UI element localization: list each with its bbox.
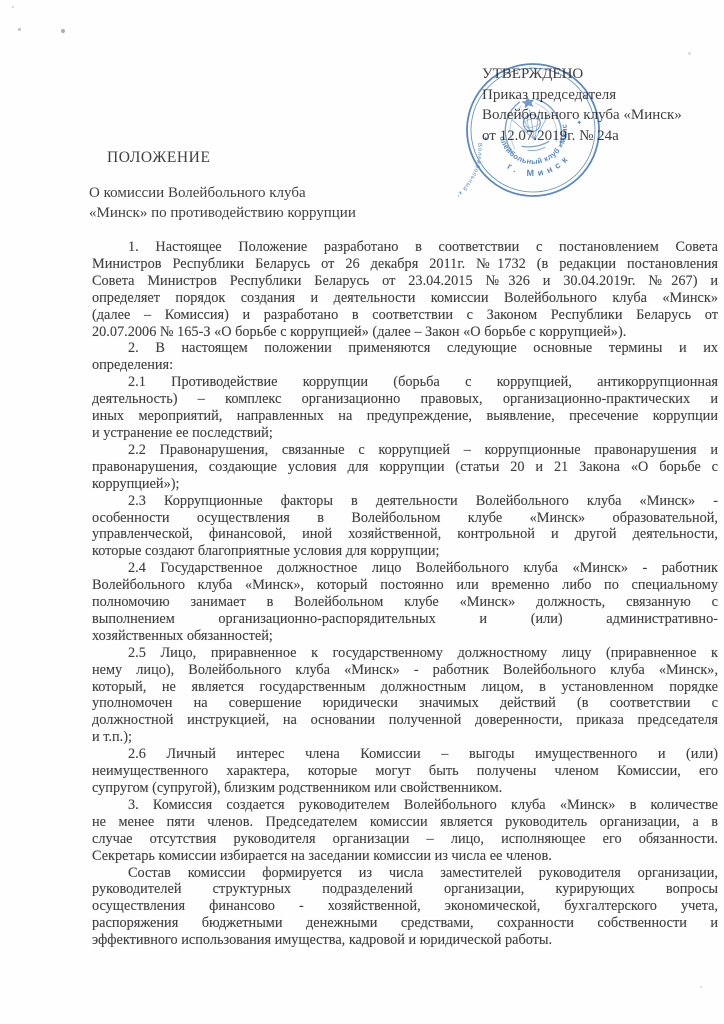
body-paragraph: 2.2 Правонарушения, связанные с коррупци…	[92, 442, 718, 493]
subtitle-line: О комиссии Волейбольного клуба	[89, 183, 356, 203]
body-line: хозяйственных обязанностей;	[92, 628, 718, 645]
body-line: управленческой, финансовой, иной хозяйст…	[92, 526, 718, 543]
body-line: 3. Комиссия создается руководителем Воле…	[92, 797, 718, 814]
body-line: иных мероприятий, направленных на предуп…	[92, 408, 718, 425]
body-line: выполнением организационно-распорядитель…	[92, 611, 718, 628]
body-line: определяет порядок создания и деятельнос…	[92, 290, 718, 307]
scan-artifact	[700, 986, 702, 988]
body-line: Министров Республики Беларусь от 26 дека…	[92, 256, 718, 273]
body-line: 2.3 Коррупционные факторы в деятельности…	[92, 493, 718, 510]
body-line: 1. Настоящее Положение разработано в соо…	[92, 239, 718, 256]
scan-artifact	[61, 29, 65, 33]
body-line: распоряжения бюджетными денежными средст…	[92, 915, 718, 932]
body-line: 2.2 Правонарушения, связанные с коррупци…	[92, 442, 718, 459]
body-line: Волейбольного клуба «Минск», который пос…	[92, 577, 718, 594]
body-line: Секретарь комиссии избирается на заседан…	[92, 848, 718, 865]
body-line: супругом (супругой), близким родственник…	[92, 780, 718, 797]
body-line: 2.1 Противодействие коррупции (борьба с …	[92, 374, 718, 391]
scan-artifact	[12, 6, 14, 8]
body-line: коррупцией»);	[92, 476, 718, 493]
body-line: должностной инструкцией, на основании по…	[92, 712, 718, 729]
document-page: УТВЕРЖДЕНО Приказ председателя Волейболь…	[0, 0, 724, 1024]
body-line: 2.4 Государственное должностное лицо Вол…	[92, 560, 718, 577]
body-paragraph: 2. В настоящем положении применяются сле…	[92, 340, 718, 374]
stamp-ink: Волейбольный клуб «Минск» Волейбольный к…	[458, 55, 608, 205]
body-line: руководителей структурных подразделений …	[92, 881, 718, 898]
body-line: случае отсутствия руководителя организац…	[92, 831, 718, 848]
body-line: 2.6 Личный интерес члена Комиссии – выго…	[92, 746, 718, 763]
scan-artifact	[18, 28, 21, 31]
body-line: который, не является государственным дол…	[92, 679, 718, 696]
body-line: нему лицо), Волейбольного клуба «Минск» …	[92, 662, 718, 679]
body-paragraph: 2.5 Лицо, приравненное к государственном…	[92, 645, 718, 746]
body-line: осуществления финансово - хозяйственной,…	[92, 898, 718, 915]
star-icon: ✦	[576, 118, 583, 127]
subtitle-line: «Минск» по противодействию коррупции	[89, 203, 356, 223]
body-line: и устранение ее последствий;	[92, 425, 718, 442]
body-line: 2. В настоящем положении применяются сле…	[92, 340, 718, 357]
scan-artifact	[688, 52, 691, 55]
body-paragraph: 3. Комиссия создается руководителем Воле…	[92, 797, 718, 865]
body-line: которые создают благоприятные условия дл…	[92, 543, 718, 560]
body-line: особенности осуществления в Волейбольном…	[92, 510, 718, 527]
body-line: неимущественного характера, которые могу…	[92, 763, 718, 780]
body-line: 2.5 Лицо, приравненное к государственном…	[92, 645, 718, 662]
body-paragraph: 1. Настоящее Положение разработано в соо…	[92, 239, 718, 340]
body-paragraph: Состав комиссии формируется из числа зам…	[92, 865, 718, 950]
body-line: эффективного использования имущества, ка…	[92, 932, 718, 949]
body-line: Совета Министров Республики Беларусь от …	[92, 273, 718, 290]
document-body: 1. Настоящее Положение разработано в соо…	[92, 239, 718, 949]
body-line: деятельность) – комплекс организационно …	[92, 391, 718, 408]
body-line: правонарушения, создающие условия для ко…	[92, 459, 718, 476]
body-line: уполномочен на совершение юридически зна…	[92, 695, 718, 712]
official-stamp: Волейбольный клуб «Минск» Волейбольный к…	[458, 55, 608, 205]
body-paragraph: 2.6 Личный интерес члена Комиссии – выго…	[92, 746, 718, 797]
body-line: определения:	[92, 357, 718, 374]
body-paragraph: 2.4 Государственное должностное лицо Вол…	[92, 560, 718, 645]
document-subtitle: О комиссии Волейбольного клуба «Минск» п…	[89, 183, 356, 224]
star-icon: ✦	[482, 135, 489, 144]
body-line: полномочию занимает в Волейбольном клубе…	[92, 594, 718, 611]
body-line: Состав комиссии формируется из числа зам…	[92, 865, 718, 882]
body-line: не менее пяти членов. Председателем коми…	[92, 814, 718, 831]
body-line: и т.п.);	[92, 729, 718, 746]
body-paragraph: 2.3 Коррупционные факторы в деятельности…	[92, 493, 718, 561]
body-paragraph: 2.1 Противодействие коррупции (борьба с …	[92, 374, 718, 442]
document-title: ПОЛОЖЕНИЕ	[107, 149, 211, 167]
body-line: (далее – Комиссия) и разработано в соотв…	[92, 307, 718, 324]
body-line: 20.07.2006 № 165-З «О борьбе с коррупцие…	[92, 324, 718, 341]
